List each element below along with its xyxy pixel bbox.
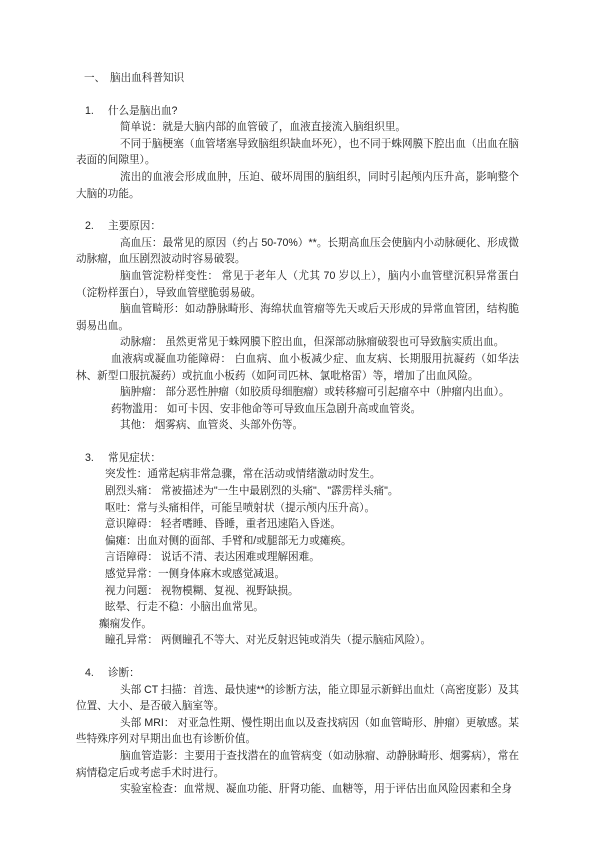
paragraph: 感觉异常：一侧身体麻木或感觉减退。 <box>76 566 519 583</box>
section-heading: 4.诊断： <box>76 665 519 682</box>
section: 3.常见症状： 突发性：通常起病非常急骤，常在活动或情绪激动时发生。剧烈头痛： … <box>76 450 519 649</box>
section-title: 常见症状： <box>108 452 161 464</box>
section-heading: 3.常见症状： <box>76 450 519 467</box>
section: 4.诊断： 头部 CT 扫描：首选、最快速**的诊断方法，能立即显示新鲜出血灶（… <box>76 665 519 798</box>
paragraph: 呕吐：常与头痛相伴，可能呈喷射状（提示颅内压升高）。 <box>76 500 519 517</box>
section-number: 1. <box>85 103 108 120</box>
paragraph: 不同于脑梗塞（血管堵塞导致脑组织缺血坏死），也不同于蛛网膜下腔出血（出血在脑表面… <box>76 136 519 169</box>
document-page: 一、脑出血科普知识 1.什么是脑出血? 简单说：就是大脑内部的血管破了，血液直接… <box>0 0 595 841</box>
paragraph: 言语障碍： 说话不清、表达困难或理解困难。 <box>76 549 519 566</box>
section-number: 4. <box>85 665 108 682</box>
paragraph: 脑血管畸形：如动静脉畸形、海绵状血管瘤等先天或后天形成的异常血管团，结构脆弱易出… <box>76 301 519 334</box>
paragraph: 意识障碍： 轻者嗜睡、昏睡，重者迅速陷入昏迷。 <box>76 516 519 533</box>
section: 2.主要原因： 高血压：最常见的原因（约占 50-70%）**。长期高血压会使脑… <box>76 218 519 434</box>
paragraph: 药物滥用： 如可卡因、安非他命等可导致血压急剧升高或血管炎。 <box>76 401 519 418</box>
paragraph: 动脉瘤： 虽然更常见于蛛网膜下腔出血，但深部动脉瘤破裂也可导致脑实质出血。 <box>76 334 519 351</box>
section-title: 主要原因： <box>108 220 161 232</box>
paragraph: 剧烈头痛： 常被描述为"一生中最剧烈的头痛"、"霹雳样头痛"。 <box>76 483 519 500</box>
section-title: 诊断： <box>108 667 140 679</box>
paragraph: 头部 MRI： 对亚急性期、慢性期出血以及查找病因（如血管畸形、肿瘤）更敏感。某… <box>76 715 519 748</box>
sections-container: 1.什么是脑出血? 简单说：就是大脑内部的血管破了，血液直接流入脑组织里。不同于… <box>76 103 519 798</box>
section-number: 3. <box>85 450 108 467</box>
paragraph: 高血压：最常见的原因（约占 50-70%）**。长期高血压会使脑内小动脉硬化、形… <box>76 235 519 268</box>
document-heading-title: 脑出血科普知识 <box>110 72 184 84</box>
paragraph: 脑血管造影：主要用于查找潜在的血管病变（如动脉瘤、动静脉畸形、烟雾病），常在病情… <box>76 748 519 781</box>
document-heading: 一、脑出血科普知识 <box>76 70 519 87</box>
section-title: 什么是脑出血? <box>108 105 177 117</box>
document-heading-number: 一、 <box>84 70 110 87</box>
paragraph: 头部 CT 扫描：首选、最快速**的诊断方法，能立即显示新鲜出血灶（高密度影）及… <box>76 682 519 715</box>
section-heading: 1.什么是脑出血? <box>76 103 519 120</box>
section-number: 2. <box>85 218 108 235</box>
paragraph: 偏瘫：出血对侧的面部、手臂和/或腿部无力或瘫痪。 <box>76 533 519 550</box>
paragraph: 突发性：通常起病非常急骤，常在活动或情绪激动时发生。 <box>76 466 519 483</box>
paragraph: 癫痫发作。 <box>76 616 519 633</box>
paragraph: 其他： 烟雾病、血管炎、头部外伤等。 <box>76 417 519 434</box>
section: 1.什么是脑出血? 简单说：就是大脑内部的血管破了，血液直接流入脑组织里。不同于… <box>76 103 519 203</box>
paragraph: 流出的血液会形成血肿，压迫、破坏周围的脑组织，同时引起颅内压升高，影响整个大脑的… <box>76 169 519 202</box>
paragraph: 脑血管淀粉样变性： 常见于老年人（尤其 70 岁以上），脑内小血管壁沉积异常蛋白… <box>76 268 519 301</box>
paragraph: 视力问题： 视物模糊、复视、视野缺损。 <box>76 583 519 600</box>
paragraph: 脑肿瘤： 部分恶性肿瘤（如胶质母细胞瘤）或转移瘤可引起瘤卒中（肿瘤内出血）。 <box>76 384 519 401</box>
paragraph: 血液病或凝血功能障碍： 白血病、血小板减少症、血友病、长期服用抗凝药（如华法林、… <box>76 351 519 384</box>
paragraph: 实验室检查：血常规、凝血功能、肝肾功能、血糖等，用于评估出血风险因素和全身 <box>76 781 519 798</box>
paragraph: 简单说：就是大脑内部的血管破了，血液直接流入脑组织里。 <box>76 119 519 136</box>
section-heading: 2.主要原因： <box>76 218 519 235</box>
paragraph: 瞳孔异常： 两侧瞳孔不等大、对光反射迟钝或消失（提示脑疝风险）。 <box>76 632 519 649</box>
paragraph: 眩晕、行走不稳：小脑出血常见。 <box>76 599 519 616</box>
